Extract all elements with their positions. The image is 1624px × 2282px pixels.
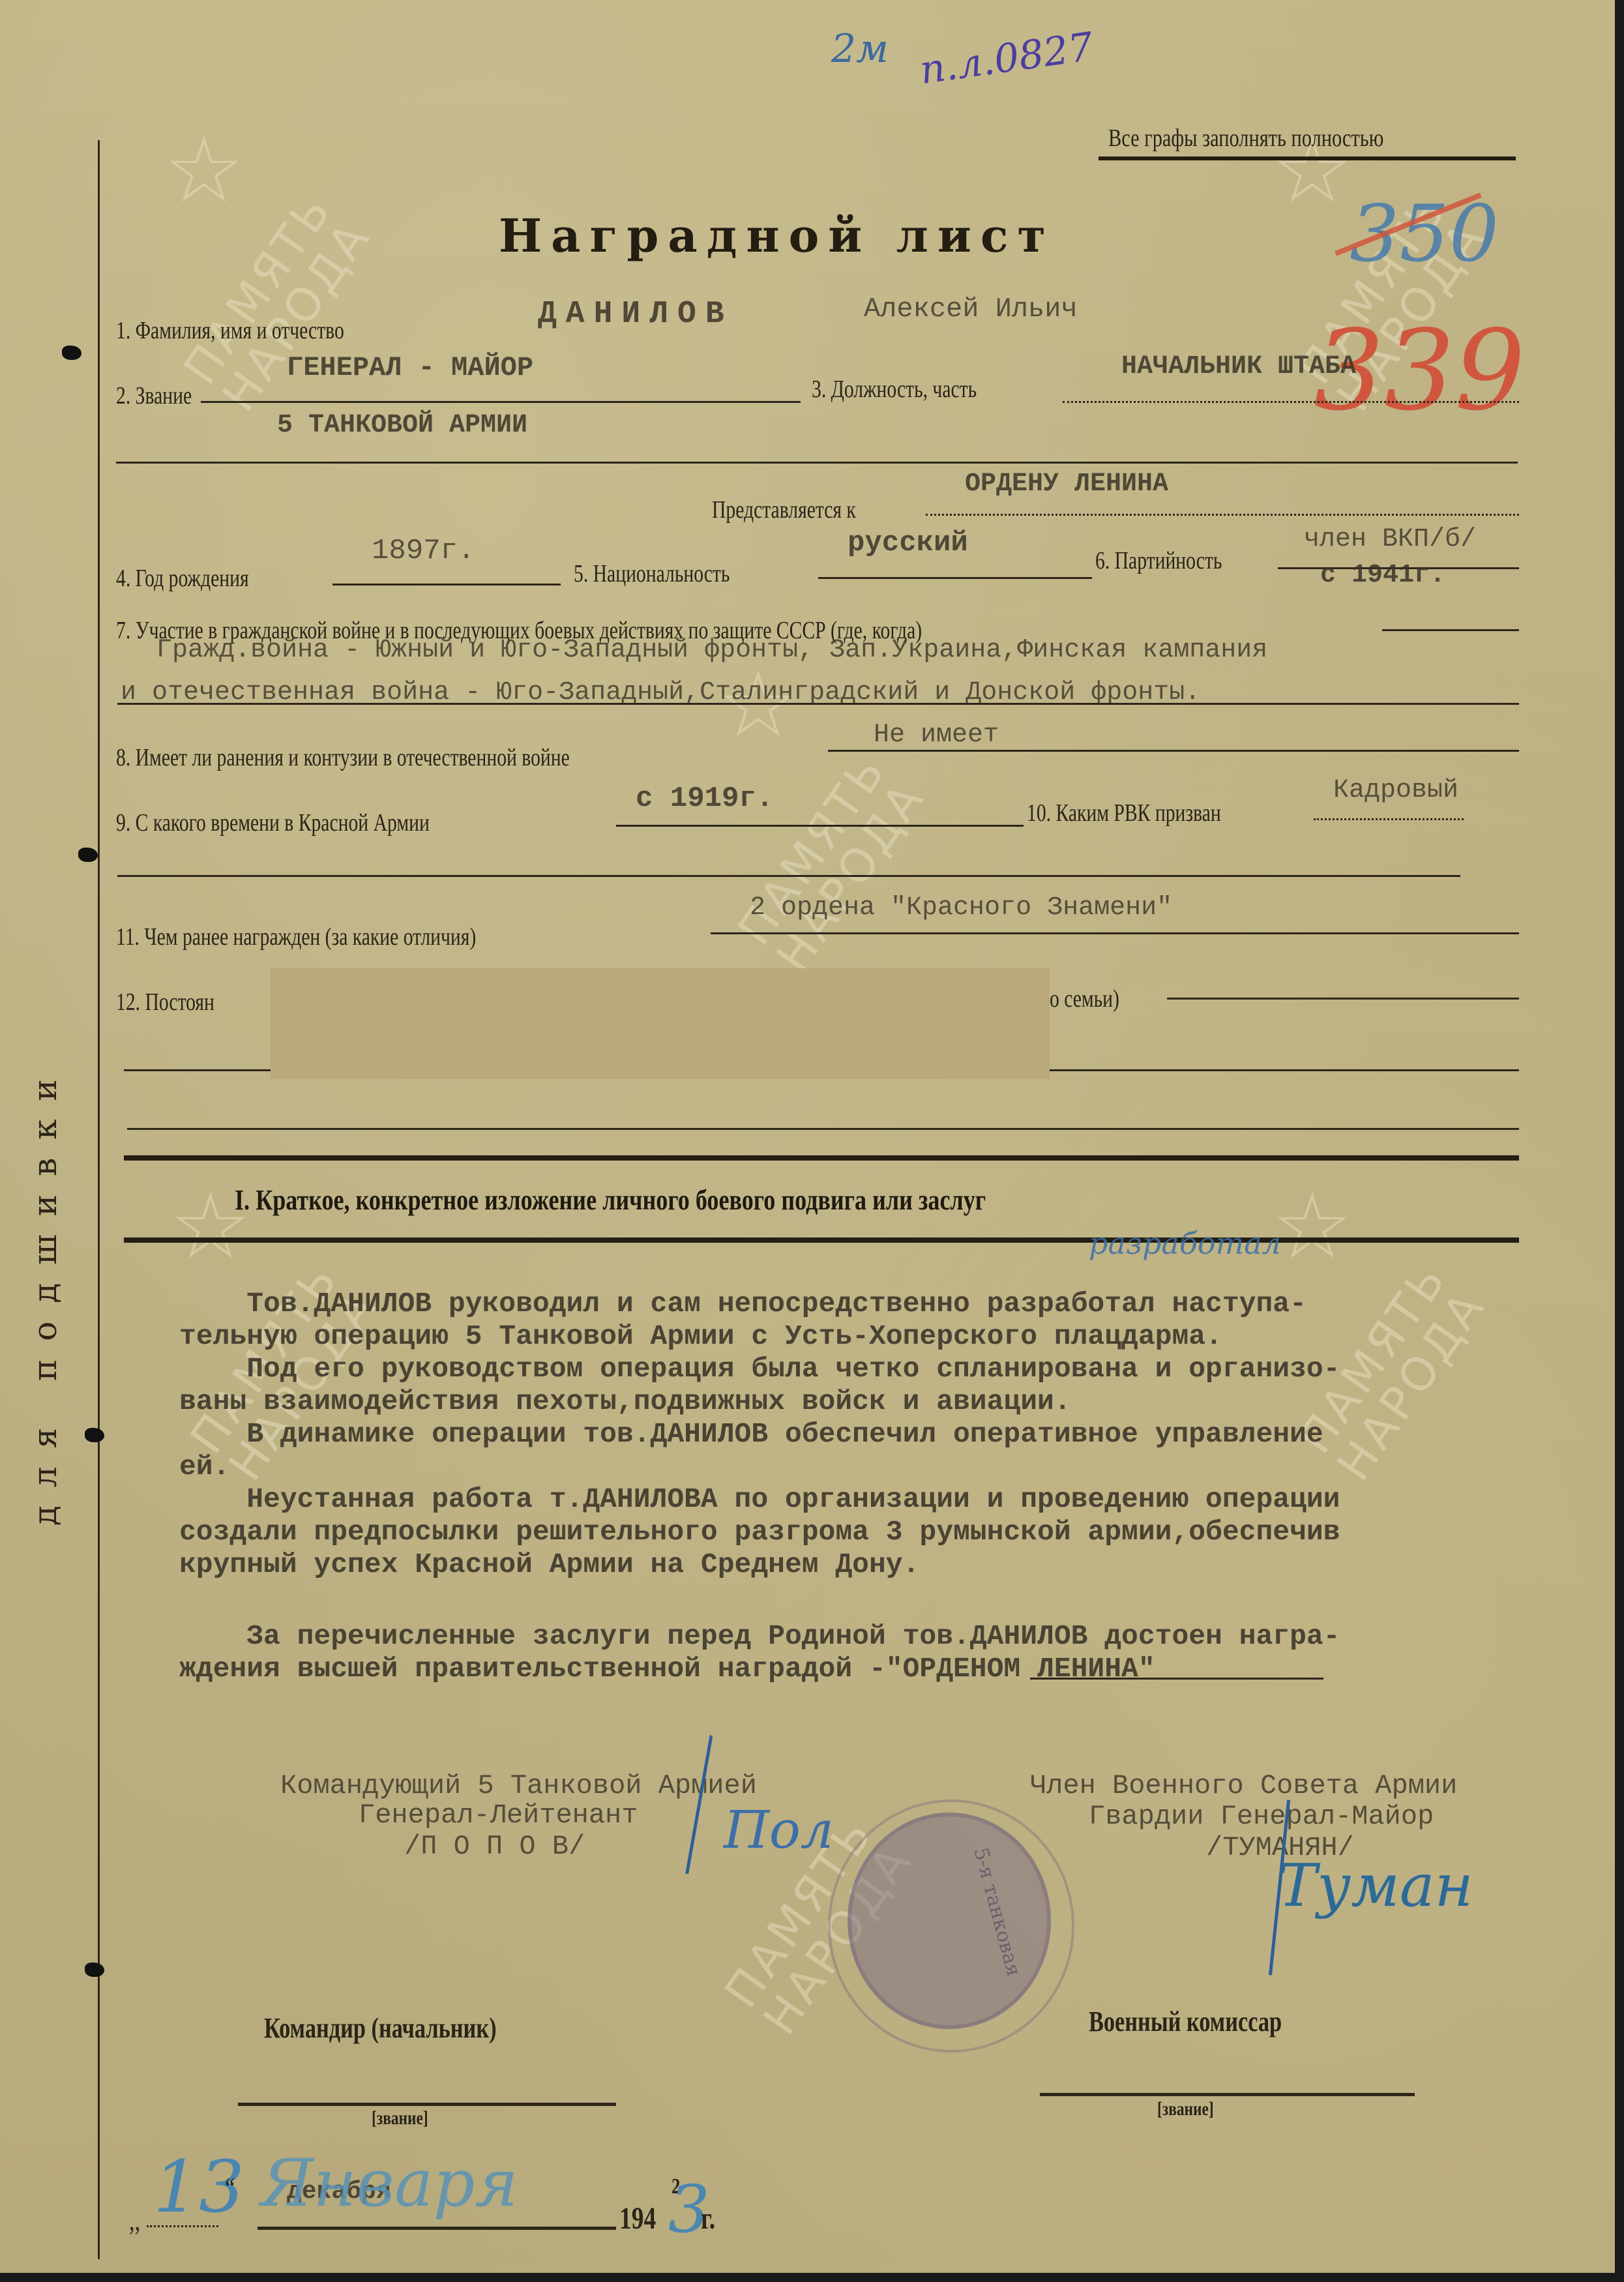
signatory-right-rank: Гвардии Генерал-Майор [1089, 1801, 1434, 1832]
scan-edge-right [1615, 0, 1624, 2282]
field-11-value: 2 ордена "Красного Знамени" [750, 893, 1172, 923]
redacted-region [271, 968, 1050, 1079]
field-12-label-end: о семьи) [1050, 985, 1119, 1013]
signature-left-scribble: Пол [724, 1800, 834, 1860]
field-4-line [332, 584, 561, 585]
field-10-cont-line [117, 875, 1460, 877]
field-6-value-line1: член ВКП/б/ [1304, 525, 1476, 554]
section-rule-top [124, 1155, 1519, 1161]
header-note-underline [1099, 156, 1516, 160]
merit-line: крупный успех Красной Армии на Среднем Д… [179, 1548, 1340, 1581]
commissar-label: Военный комиссар [1089, 2005, 1282, 2038]
field-4-value: 1897г. [372, 535, 475, 567]
section-rule-bottom [124, 1237, 1519, 1243]
field-8-label: 8. Имеет ли ранения и контузии в отечест… [116, 743, 570, 772]
commander-label: Командир (начальник) [264, 2011, 497, 2045]
field-12-cont-line-2 [127, 1128, 1519, 1130]
field-2-value: ГЕНЕРАЛ - МАЙОР [287, 352, 533, 383]
merit-line: Неустанная работа т.ДАНИЛОВА по организа… [179, 1483, 1340, 1516]
field-3-label: 3. Должность, часть [812, 375, 977, 404]
merit-description: Тов.ДАНИЛОВ руководил и сам непосредстве… [179, 1288, 1340, 1685]
field-7-line-end [1382, 629, 1519, 631]
field-9-value: с 1919г. [636, 782, 773, 815]
field-2-label: 2. Звание [116, 381, 192, 410]
merit-line: ждения высшей правительственной наградой… [179, 1653, 1340, 1685]
field-3-value-cont: 5 ТАНКОВОЙ АРМИИ [277, 411, 527, 440]
signatory-left-title: Командующий 5 Танковой Армией [280, 1770, 757, 1801]
field-4-label: 4. Год рождения [116, 564, 249, 593]
merit-line: создали предпосылки решительного разгром… [179, 1516, 1340, 1548]
field-10-label: 10. Каким РВК призван [1027, 799, 1221, 827]
merit-line: Под его руководством операция была четко… [179, 1353, 1340, 1385]
date-year-prefix: 194 [619, 2200, 656, 2236]
field-10-value: Кадровый [1333, 776, 1458, 805]
field-5-value: русский [848, 527, 968, 559]
binding-hole [62, 346, 81, 360]
field-12-line [1167, 998, 1519, 1000]
page-title: Наградной лист [499, 209, 1055, 263]
award-line [926, 514, 1519, 516]
binding-margin-label: для подшивки [26, 1061, 64, 1526]
field-5-label: 5. Национальность [574, 559, 730, 588]
watermark-star-icon: ☆ [1271, 1174, 1353, 1280]
field-8-value: Не имеет [874, 720, 999, 750]
header-note: Все графы заполнять полностью [1108, 124, 1383, 153]
commissar-rank-hint: [звание] [1157, 2098, 1214, 2120]
field-2-line [201, 401, 801, 403]
field-7-line [117, 703, 1519, 705]
date-year-suffix: г. [701, 2200, 715, 2236]
field-9-label: 9. С какого времени в Красной Армии [116, 808, 430, 837]
field-8-line [828, 750, 1519, 752]
commissar-rank-line [1040, 2093, 1415, 2096]
binding-hole [85, 1428, 104, 1442]
merit-line [179, 1581, 1340, 1620]
handwritten-note-1: 2м [831, 26, 889, 72]
date-open-quote: ,, [129, 2204, 140, 2237]
section-heading: I. Краткое, конкретное изложение личного… [235, 1183, 986, 1217]
signatory-left-name: /П О П О В/ [404, 1831, 585, 1862]
field-9-line [616, 825, 1024, 827]
field-6-label: 6. Партийность [1095, 546, 1222, 575]
merit-line: ей. [179, 1451, 1340, 1483]
date-month-line [258, 2227, 616, 2230]
field-1-surname: ДАНИЛОВ [538, 297, 733, 332]
merit-line: тельную операцию 5 Танковой Армии с Усть… [179, 1320, 1340, 1353]
crossed-out-number: 350 [1350, 189, 1499, 280]
field-1-label: 1. Фамилия, имя и отчество [116, 316, 344, 345]
award-label: Представляется к [712, 496, 856, 524]
merit-line: Тов.ДАНИЛОВ руководил и сам непосредстве… [179, 1288, 1340, 1320]
handwritten-insert: разработал [1089, 1226, 1281, 1261]
signatory-left-rank: Генерал-Лейтенант [359, 1800, 638, 1831]
field-3-line [1063, 401, 1519, 403]
commander-rank-line [238, 2103, 616, 2106]
field-1-name: Алексей Ильич [864, 293, 1078, 325]
field-12-label-start: 12. Постоян [116, 988, 214, 1016]
field-10-line [1314, 818, 1464, 820]
field-7-value-line1: Гражд.война - Южный и Юго-Западный фронт… [156, 636, 1267, 665]
watermark-star-icon: ☆ [163, 117, 245, 224]
field-11-line [711, 932, 1519, 934]
merit-line: В динамике операции тов.ДАНИЛОВ обеспечи… [179, 1418, 1340, 1451]
signature-right-scribble: Туман [1278, 1852, 1473, 1920]
award-value: ОРДЕНУ ЛЕНИНА [965, 469, 1168, 499]
field-6-value-line2: с 1941г. [1320, 561, 1445, 590]
merit-line: За перечисленные заслуги перед Родиной т… [179, 1620, 1340, 1653]
date-close-quote: “ [225, 2171, 235, 2204]
merit-line: ваны взаимодействия пехоты,подвижных вой… [179, 1385, 1340, 1418]
field-3-cont-line [116, 462, 1518, 464]
field-11-label: 11. Чем ранее награжден (за какие отличи… [116, 923, 476, 951]
signatory-right-title: Член Военного Совета Армии [1030, 1770, 1457, 1801]
official-stamp [848, 1813, 1051, 2029]
binding-hole [78, 848, 98, 862]
commander-rank-hint: [звание] [372, 2107, 428, 2129]
binding-hole [85, 1963, 104, 1977]
scan-edge-bottom [0, 2273, 1624, 2282]
award-name-underline [1030, 1678, 1323, 1680]
field-5-line [818, 577, 1092, 579]
binding-margin-rule [98, 140, 100, 2259]
field-3-value: НАЧАЛЬНИК ШТАБА [1121, 352, 1356, 381]
date-month-handwritten: Января [261, 2145, 518, 2221]
